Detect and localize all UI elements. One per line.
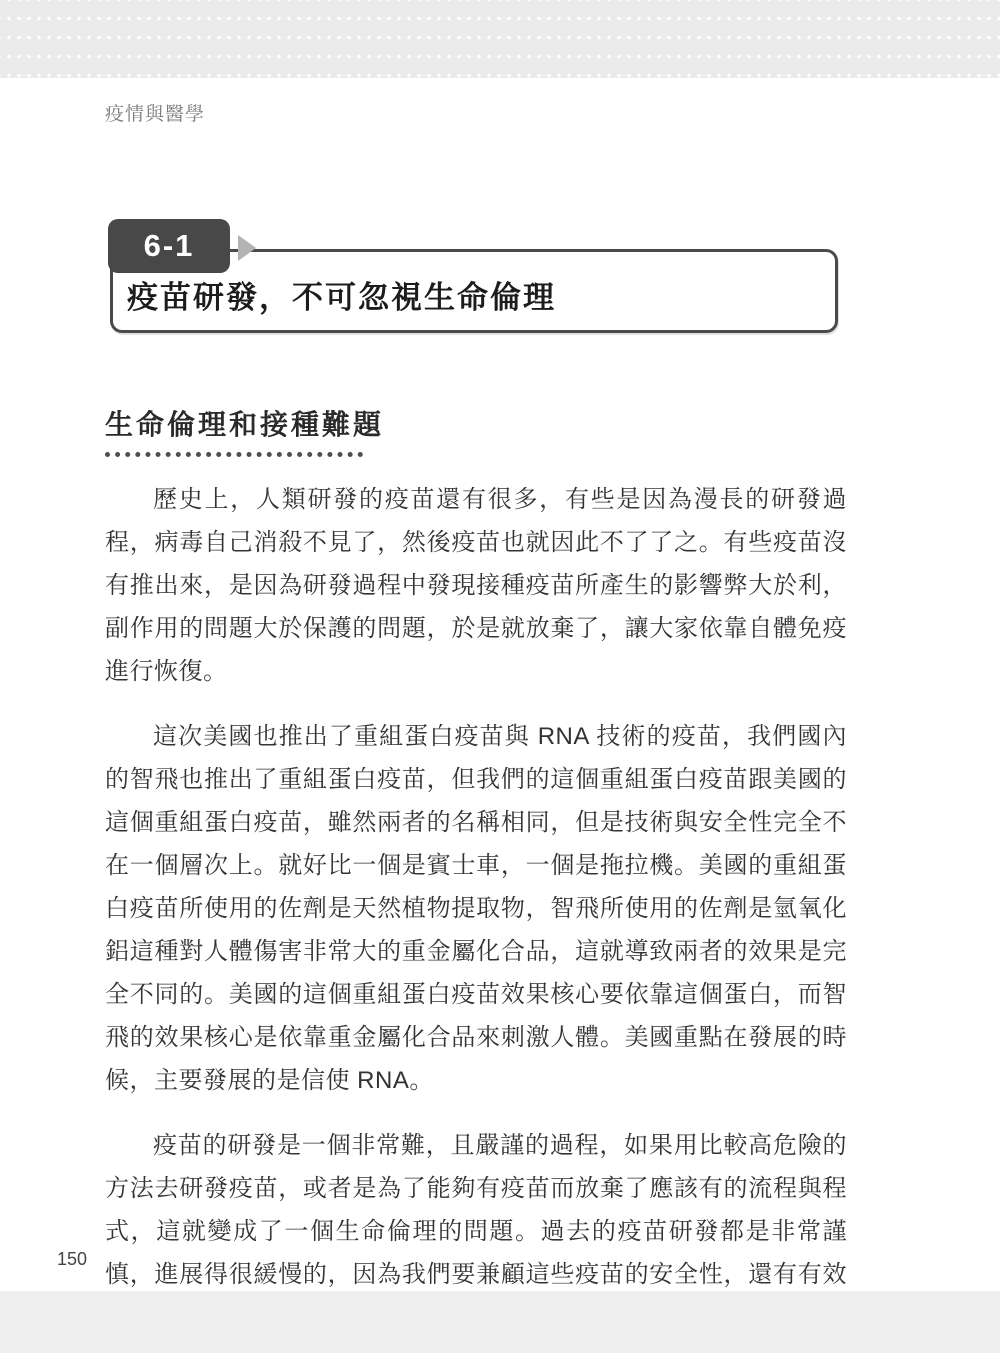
bottom-decorative-band <box>0 1291 1000 1353</box>
running-header: 疫情與醫學 <box>105 99 205 126</box>
section-title: 疫苗研發，不可忽視生命倫理 <box>127 272 556 317</box>
subheading-title: 生命倫理和接種難題 <box>105 403 384 443</box>
dotted-underline <box>105 452 363 457</box>
paragraph: 歷史上，人類研發的疫苗還有很多，有些是因為漫長的研發過程，病毒自己消殺不見了，然… <box>105 478 847 693</box>
page-number: 150 <box>57 1249 87 1270</box>
arrow-right-icon <box>238 235 256 261</box>
paragraph: 這次美國也推出了重組蛋白疫苗與 RNA 技術的疫苗，我們國內的智飛也推出了重組蛋… <box>105 715 847 1102</box>
subheading-block: 生命倫理和接種難題 <box>105 403 384 457</box>
top-decorative-band <box>0 0 1000 78</box>
body-text: 歷史上，人類研發的疫苗還有很多，有些是因為漫長的研發過程，病毒自己消殺不見了，然… <box>105 478 847 1353</box>
section-number-badge: 6-1 <box>108 219 230 273</box>
